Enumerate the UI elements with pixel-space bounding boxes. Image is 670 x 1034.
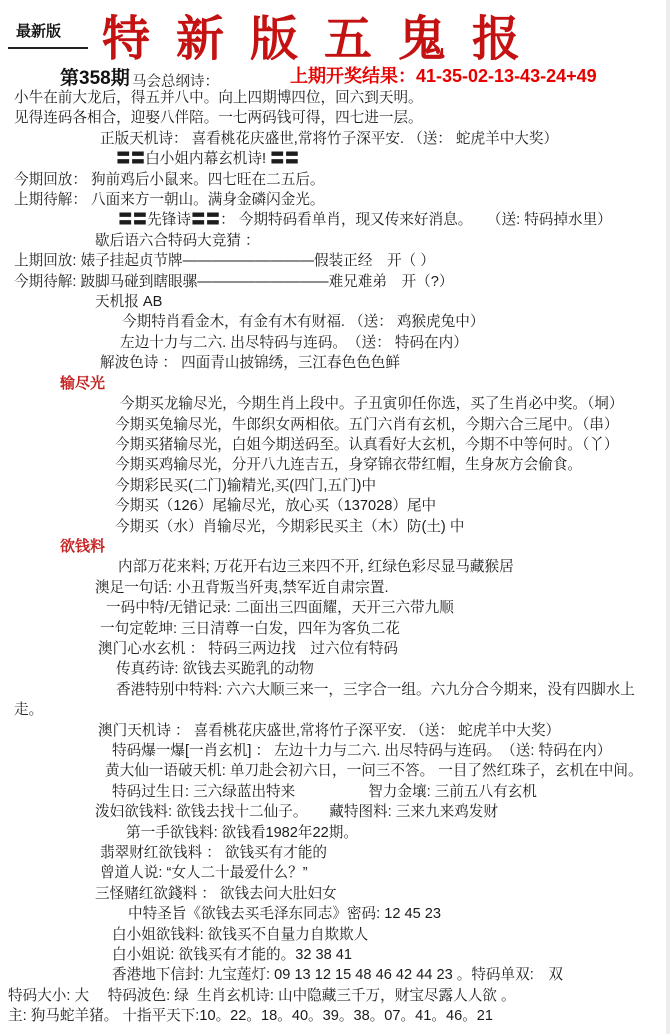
text-line: 白小姐欲钱料: 欲钱买不自量力自欺欺人	[0, 925, 670, 945]
text-line: 今期买龙输尽光，今期生肖上段中。子丑寅卯任你选，买了生肖必中奖。（垌）	[0, 394, 670, 414]
text-line: 〓〓先锋诗〓〓： 今期特码看单肖，现又传来好消息。 （送: 特码掉水里）	[0, 210, 670, 230]
text-line: 主: 狗马蛇羊猪。 十指平天下:10。22。18。40。39。38。07。41。…	[0, 1006, 670, 1026]
text-line: 一码中特/无错记录: 二面出三四面耀，天开三六带九顺	[0, 598, 670, 618]
right-edge-strip	[666, 0, 670, 1034]
text-line: 今期彩民买(二门)输精光,买(四门,五门)中	[0, 476, 670, 496]
text-line: 今期特肖看金木，有金有木有财福. （送： 鸡猴虎兔中）	[0, 312, 670, 332]
text-line: 歇后语六合特码大竞猜 ：	[0, 231, 670, 251]
text-line: 正版天机诗： 喜看桃花庆盛世,常将竹子深平安. （送： 蛇虎羊中大奖）	[0, 129, 670, 149]
text-line: 今期买兔输尽光，牛郎织女两相依。五门六肖有玄机，今期六合三尾中。（串）	[0, 415, 670, 435]
text-line: 左边十力与二六. 出尽特码与连码。 （送： 特码在内）	[0, 333, 670, 353]
text-line: 曾道人说: “女人二十最爱什么？”	[0, 863, 670, 883]
edition-badge: 最新版	[16, 20, 61, 41]
text-line: 香港特别中特料: 六六大顺三来一，三字合一组。六九分合今期来，没有四脚水上	[0, 680, 670, 700]
text-line: 今期买（126）尾输尽光，放心买（137028）尾中	[0, 496, 670, 516]
page-title: 特新版五鬼报	[102, 0, 546, 69]
text-line: 澳足一句话: 小丑背叛当歼夷,禁军近自肃宗置.	[0, 578, 670, 598]
text-line: 翡翠财红欲钱料 ： 欲钱买有才能的	[0, 843, 670, 863]
five-ghost-report-page: 最新版 特新版五鬼报 第358期 马会总纲诗： 上期开奖结果：41-35-02-…	[0, 0, 670, 1034]
text-line: 一句定乾坤: 三日清尊一白发，四年为客负二花	[0, 619, 670, 639]
text-line: 澳门心水玄机 ： 特码三两边找 过六位有特码	[0, 639, 670, 659]
text-line: 澳门天机诗 ： 喜看桃花庆盛世,常将竹子深平安. （送： 蛇虎羊中大奖）	[0, 721, 670, 741]
text-line: 香港地下信封: 九宝莲灯: 09 13 12 15 48 46 42 44 23…	[0, 965, 670, 985]
text-line: 第一手欲钱料: 欲钱看1982年22期。	[0, 823, 670, 843]
text-line: 今期待解: 跛脚马碰到瞎眼骡—————————难兄难弟 开（?）	[0, 272, 670, 292]
text-line: 小牛在前大龙后，得五并八中。向上四期博四位，回六到天明。	[0, 88, 670, 108]
text-line: 〓〓白小姐内幕玄机诗! 〓〓	[0, 149, 670, 169]
text-line: 走。	[0, 700, 670, 720]
report-body: 小牛在前大龙后，得五并八中。向上四期博四位，回六到天明。见得连码各相合，迎娶八伴…	[0, 88, 670, 1027]
text-line: 今期买（水）肖输尽光，今期彩民买主（木）防(土) 中	[0, 517, 670, 537]
text-line: 今期买猪输尽光，白姐今期送码至。认真看好大玄机，今期不中等何时。（丫）	[0, 435, 670, 455]
section-heading: 欲钱料	[0, 537, 670, 557]
text-line: 今期买鸡输尽光，分开八九连吉五，身穿锦衣带红帽，生身灰方会偷食。	[0, 455, 670, 475]
text-line: 解波色诗 ： 四面青山披锦绣，三江春色色色鲜	[0, 353, 670, 373]
text-line: 特码爆一爆[一肖玄机] ： 左边十力与二六. 出尽特码与连码。 （送: 特码在内…	[0, 741, 670, 761]
text-line: 三怪赌红欲錢料 ： 欲钱去问大肚妇女	[0, 884, 670, 904]
text-line: 见得连码各相合，迎娶八伴陪。一七两码钱可得，四七进一层。	[0, 108, 670, 128]
text-line: 传真药诗: 欲钱去买跪乳的动物	[0, 659, 670, 679]
badge-underline	[8, 47, 88, 49]
text-line: 泼妇欲钱料: 欲钱去找十二仙子。 藏特图料: 三来九来鸡发财	[0, 802, 670, 822]
issue-number: 第358期	[60, 63, 130, 90]
last-draw-result: 上期开奖结果：41-35-02-13-43-24+49	[290, 62, 597, 88]
section-heading: 输尽光	[0, 374, 670, 394]
text-line: 中特圣旨《欲钱去买毛泽东同志》密码: 12 45 23	[0, 904, 670, 924]
text-line: 天机报 AB	[0, 292, 670, 312]
text-line: 上期待解： 八面来方一朝山。满身金磷闪金光。	[0, 190, 670, 210]
text-line: 今期回放： 狗前鸡后小鼠来。四七旺在二五后。	[0, 170, 670, 190]
text-line: 特码大小: 大 特码波色: 绿 生肖玄机诗: 山中隐藏三千万，财宝尽露人人欲 。	[0, 986, 670, 1006]
text-line: 内部万花来料; 万花开右边三来四不开, 红绿色彩尽显马藏猴居	[0, 557, 670, 577]
text-line: 特码过生日: 三六绿蓝出特来 智力金壤: 三前五八有玄机	[0, 782, 670, 802]
text-line: 白小姐说: 欲钱买有才能的。32 38 41	[0, 945, 670, 965]
text-line: 黄大仙一语破天机: 单刀赴会初六日，一问三不答。 一目了然红珠子，玄机在中间。	[0, 761, 670, 781]
text-line: 上期回放: 婊子挂起贞节牌—————————假装正经 开（ ）	[0, 251, 670, 271]
